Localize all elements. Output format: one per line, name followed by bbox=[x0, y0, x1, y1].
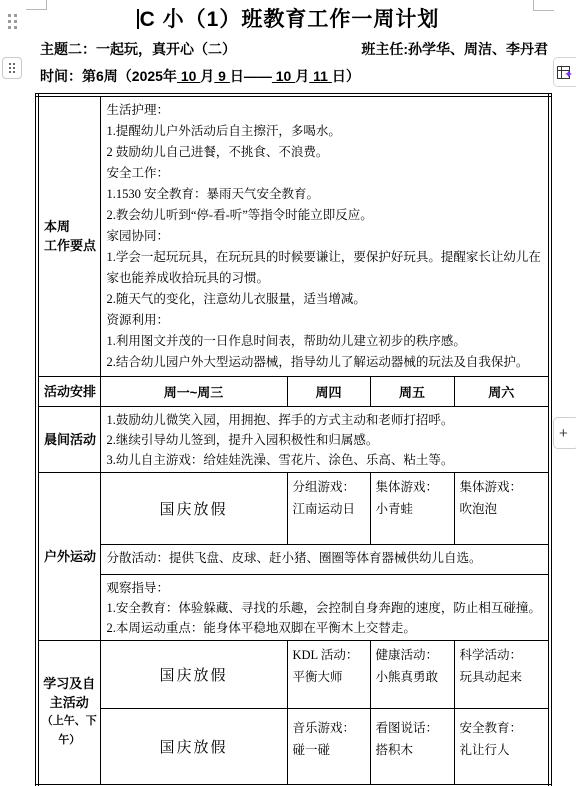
activity-type: 音乐游戏： bbox=[293, 717, 365, 739]
plus-icon: + bbox=[559, 425, 568, 442]
col-header-mon-wed[interactable]: 周一~周三 bbox=[100, 376, 287, 406]
morning-line: 3.幼儿自主游戏：给娃娃洗澡、雪花片、涂色、乐高、粘土等。 bbox=[107, 450, 543, 470]
activity-type: 安全教育： bbox=[460, 717, 544, 739]
week-notes-line: 资源利用： bbox=[107, 310, 543, 331]
learning-am-fri-cell[interactable]: 健康活动： 小熊真勇敢 bbox=[370, 640, 454, 708]
week-notes-line: 1.利用图文并茂的一日作息时间表，帮助幼儿建立初步的秩序感。 bbox=[107, 331, 543, 352]
time-sep2: 日—— bbox=[230, 68, 272, 84]
sparkle-icon: ✦ bbox=[564, 70, 573, 81]
time-day2: 11 bbox=[309, 68, 332, 84]
row-label-morning[interactable]: 晨间活动 bbox=[37, 406, 100, 472]
theme-text: 主题二：一起玩，真开心（二） bbox=[40, 39, 236, 59]
activity-name: 吹泡泡 bbox=[460, 498, 544, 520]
row-label-learning[interactable]: 学习及自主活动 （上午、下午） bbox=[37, 640, 100, 786]
time-month1: 10 bbox=[177, 68, 200, 84]
text-cursor bbox=[137, 9, 139, 29]
learning-am-holiday-cell[interactable]: 国庆放假 bbox=[100, 640, 287, 708]
outdoor-sat-cell[interactable]: 集体游戏： 吹泡泡 bbox=[454, 472, 550, 544]
activity-type: 集体游戏： bbox=[376, 476, 449, 498]
week-notes-line: 家园协同： bbox=[107, 226, 543, 247]
outdoor-observe-cell[interactable]: 观察指导： 1.安全教育：体验躲藏、寻找的乐趣，会控制自身奔跑的速度，防止相互碰… bbox=[100, 574, 550, 640]
activity-type: 分组游戏： bbox=[293, 476, 365, 498]
week-notes-line: 生活护理： bbox=[107, 100, 543, 121]
activity-type: 科学活动： bbox=[460, 644, 544, 666]
time-sep1: 月 bbox=[200, 68, 214, 84]
morning-line: 1.鼓励幼儿微笑入园，用拥抱、挥手的方式主动和老师打招呼。 bbox=[107, 410, 543, 430]
learning-pm-sat-cell[interactable]: 安全教育： 礼让行人 bbox=[454, 708, 550, 786]
weekly-plan-table: 本周 工作要点 生活护理： 1.提醒幼儿户外活动后自主擦汗，多喝水。 2 鼓励幼… bbox=[35, 93, 552, 786]
document-page: ✦ + C 小（1）班教育工作一周计划 主题二：一起玩，真开心（二） 班主任:孙… bbox=[0, 0, 576, 786]
observe-line: 观察指导： bbox=[107, 578, 543, 598]
table-tools-button[interactable]: ✦ bbox=[553, 57, 576, 87]
activity-type: 看图说话： bbox=[376, 717, 449, 739]
morning-cell[interactable]: 1.鼓励幼儿微笑入园，用拥抱、挥手的方式主动和老师打招呼。 2.继续引导幼儿签到… bbox=[100, 406, 550, 472]
learning-pm-fri-cell[interactable]: 看图说话： 搭积木 bbox=[370, 708, 454, 786]
week-notes-line: 1.提醒幼儿户外活动后自主擦汗，多喝水。 bbox=[107, 121, 543, 142]
col-header-fri[interactable]: 周五 bbox=[370, 376, 454, 406]
time-sep3: 月 bbox=[295, 68, 309, 84]
row-label-schedule[interactable]: 活动安排 bbox=[37, 376, 100, 406]
learning-pm-thu-cell[interactable]: 音乐游戏： 碰一碰 bbox=[287, 708, 370, 786]
row-label-week-notes[interactable]: 本周 工作要点 bbox=[37, 95, 100, 376]
outdoor-fri-cell[interactable]: 集体游戏： 小青蛙 bbox=[370, 472, 454, 544]
paragraph-drag-handle-button[interactable] bbox=[2, 57, 22, 79]
observe-line: 1.安全教育：体验躲藏、寻找的乐趣，会控制自身奔跑的速度，防止相互碰撞。 bbox=[107, 598, 543, 618]
activity-name: 碰一碰 bbox=[293, 739, 365, 761]
activity-name: 礼让行人 bbox=[460, 739, 544, 761]
week-notes-line: 1.学会一起玩玩具，在玩玩具的时候要谦让，要保护好玩具。提醒家长让幼儿在家也能养… bbox=[107, 247, 543, 289]
week-notes-cell[interactable]: 生活护理： 1.提醒幼儿户外活动后自主擦汗，多喝水。 2 鼓励幼儿自己进餐，不挑… bbox=[100, 95, 550, 376]
week-notes-line: 1.1530 安全教育：暴雨天气安全教育。 bbox=[107, 184, 543, 205]
learning-am-thu-cell[interactable]: KDL 活动： 平衡大师 bbox=[287, 640, 370, 708]
observe-line: 2.本周运动重点：能身体平稳地双脚在平衡木上交替走。 bbox=[107, 618, 543, 638]
activity-name: 搭积木 bbox=[376, 739, 449, 761]
activity-name: 江南运动日 bbox=[293, 498, 365, 520]
activity-name: 小青蛙 bbox=[376, 498, 449, 520]
time-line[interactable]: 时间：第6周（2025年 10 月 9 日—— 10 月 11 日） bbox=[40, 66, 360, 86]
activity-name: 小熊真勇敢 bbox=[376, 666, 449, 688]
col-header-thu[interactable]: 周四 bbox=[287, 376, 370, 406]
col-header-sat[interactable]: 周六 bbox=[454, 376, 550, 406]
week-notes-label-line2: 工作要点 bbox=[44, 238, 96, 253]
learning-am-sat-cell[interactable]: 科学活动： 玩具动起来 bbox=[454, 640, 550, 708]
week-notes-line: 2.教会幼儿听到“停-看-听”等指令时能立即反应。 bbox=[107, 205, 543, 226]
week-notes-line: 2.结合幼儿园户外大型运动器械，指导幼儿了解运动器械的玩法及自我保护。 bbox=[107, 352, 543, 373]
week-notes-line: 2.随天气的变化，注意幼儿衣服量，适当增减。 bbox=[107, 289, 543, 310]
week-notes-label-line1: 本周 bbox=[44, 219, 70, 234]
week-notes-line: 安全工作： bbox=[107, 163, 543, 184]
outdoor-scatter-cell[interactable]: 分散活动：提供飞盘、皮球、赶小猪、圈圈等体育器械供幼儿自选。 bbox=[100, 544, 550, 574]
week-notes-line: 2 鼓励幼儿自己进餐，不挑食、不浪费。 bbox=[107, 142, 543, 163]
row-label-outdoor[interactable]: 户外运动 bbox=[37, 472, 100, 640]
learning-pm-holiday-cell[interactable]: 国庆放假 bbox=[100, 708, 287, 786]
learning-label-main: 学习及自主活动 bbox=[43, 676, 95, 710]
activity-type: 集体游戏： bbox=[460, 476, 544, 498]
teachers-text: 班主任:孙学华、周洁、李丹君 bbox=[361, 39, 548, 59]
drag-dots-icon bbox=[9, 63, 11, 65]
page-title[interactable]: C 小（1）班教育工作一周计划 bbox=[0, 3, 576, 33]
activity-name: 平衡大师 bbox=[293, 666, 365, 688]
add-table-column-button[interactable]: + bbox=[553, 417, 576, 449]
page-title-text: C 小（1）班教育工作一周计划 bbox=[140, 8, 440, 31]
learning-label-sub: （上午、下午） bbox=[40, 712, 99, 750]
meta-row[interactable]: 主题二：一起玩，真开心（二） 班主任:孙学华、周洁、李丹君 bbox=[40, 39, 548, 59]
activity-type: 健康活动： bbox=[376, 644, 449, 666]
time-day1: 9 bbox=[214, 68, 230, 84]
outdoor-holiday-cell[interactable]: 国庆放假 bbox=[100, 472, 287, 544]
time-month2: 10 bbox=[272, 68, 295, 84]
activity-name: 玩具动起来 bbox=[460, 666, 544, 688]
outdoor-thu-cell[interactable]: 分组游戏： 江南运动日 bbox=[287, 472, 370, 544]
activity-type: KDL 活动： bbox=[293, 644, 365, 666]
time-suffix: 日） bbox=[332, 68, 360, 84]
morning-line: 2.继续引导幼儿签到，提升入园积极性和归属感。 bbox=[107, 430, 543, 450]
time-prefix: 时间：第6周（2025年 bbox=[40, 68, 177, 84]
scatter-line: 分散活动：提供飞盘、皮球、赶小猪、圈圈等体育器械供幼儿自选。 bbox=[107, 548, 543, 569]
